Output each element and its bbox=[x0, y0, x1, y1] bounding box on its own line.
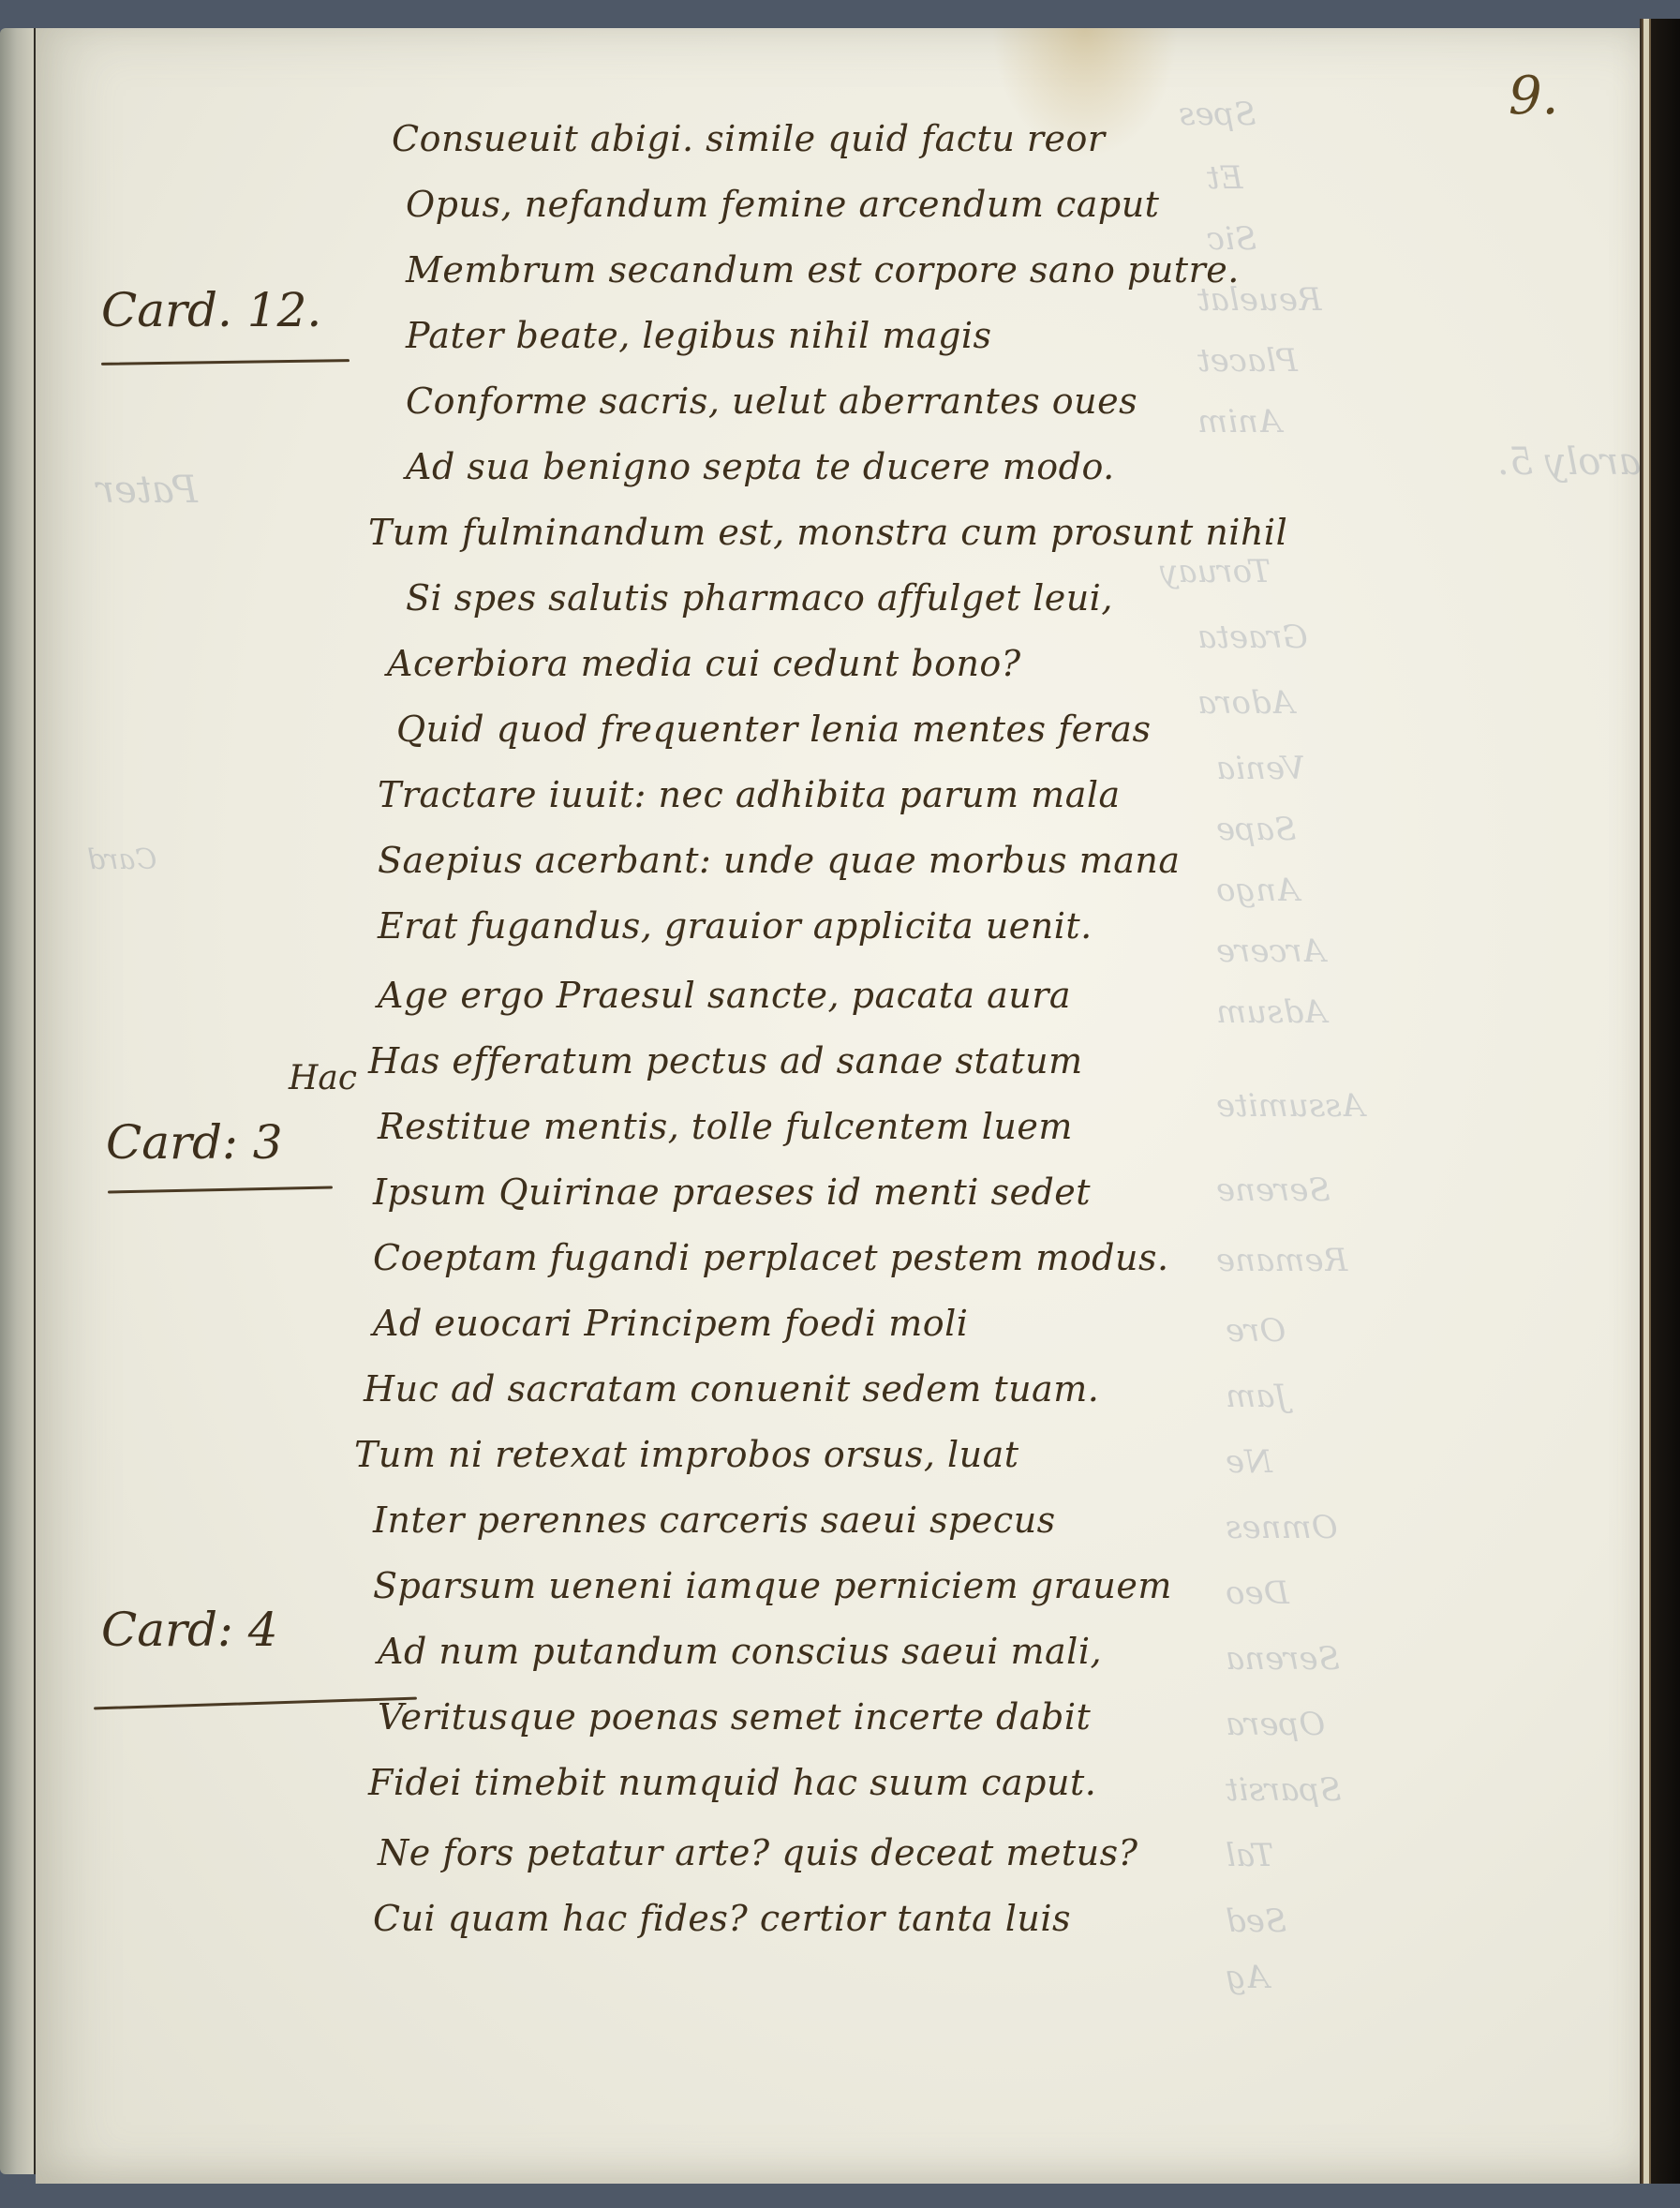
bleed-margin-note: Card bbox=[87, 843, 156, 876]
verse-line: Tum ni retexat improbos orsus, luat bbox=[354, 1434, 1019, 1475]
bleed-word: Spes bbox=[1179, 96, 1256, 133]
verse-line: Ad sua benigno septa te ducere modo. bbox=[406, 446, 1115, 487]
bleed-word: Placet bbox=[1197, 342, 1298, 380]
bleed-word: Sape bbox=[1216, 811, 1296, 848]
bleed-word: Venia bbox=[1216, 750, 1305, 787]
bleed-word: Sparsit bbox=[1226, 1771, 1342, 1809]
verse-line: Ad euocari Principem foedi moli bbox=[373, 1303, 968, 1344]
left-page-edge bbox=[0, 28, 37, 2174]
verse-line: Huc ad sacratam conuenit sedem tuam. bbox=[364, 1368, 1099, 1410]
verse-line: Ne fors petatur arte? quis deceat metus? bbox=[378, 1832, 1138, 1873]
verse-line: Tractare iuuit: nec adhibita parum mala bbox=[378, 774, 1121, 815]
verse-line: Membrum secandum est corpore sano putre. bbox=[406, 249, 1240, 291]
verse-line: Age ergo Praesul sancte, pacata aura bbox=[378, 975, 1071, 1016]
verse-line: Acerbiora media cui cedunt bono? bbox=[387, 643, 1021, 684]
page-stack-edge bbox=[1642, 19, 1651, 2184]
bleed-word: Jam bbox=[1226, 1378, 1287, 1415]
verse-line: Inter perennes carceris saeui specus bbox=[373, 1499, 1056, 1541]
verse-line: Coeptam fugandi perplacet pestem modus. bbox=[373, 1237, 1169, 1278]
bleed-word: Sed bbox=[1226, 1902, 1286, 1940]
verse-line: Pater beate, legibus nihil magis bbox=[406, 315, 992, 356]
bleed-word: Serena bbox=[1226, 1640, 1340, 1678]
bleed-word: Adora bbox=[1197, 684, 1294, 722]
bleed-word: Assumite bbox=[1216, 1087, 1364, 1125]
verse-line: Restitue mentis, tolle fulcentem luem bbox=[378, 1106, 1073, 1147]
underline-rule bbox=[101, 359, 349, 366]
bleed-word: Toruay bbox=[1160, 553, 1271, 590]
underline-rule bbox=[94, 1697, 417, 1710]
verse-line: Opus, nefandum femine arcendum caput bbox=[406, 184, 1159, 225]
bleed-word: Anim bbox=[1197, 403, 1282, 440]
bleed-word: Ore bbox=[1226, 1312, 1286, 1350]
bleed-word: Omnes bbox=[1226, 1509, 1338, 1546]
bleed-word: Ango bbox=[1216, 872, 1300, 909]
margin-note-label: Card: 4 bbox=[101, 1603, 278, 1657]
verse-line: Saepius acerbant: unde quae morbus mana bbox=[378, 840, 1181, 881]
verse-line: Si spes salutis pharmaco affulget leui, bbox=[406, 577, 1113, 619]
book-fore-edge bbox=[1640, 19, 1680, 2184]
verse-line: Consueuit abigi. simile quid factu reor bbox=[392, 118, 1106, 159]
margin-note-label: Card. 12. bbox=[101, 283, 321, 337]
verse-line: Ad num putandum conscius saeui mali, bbox=[378, 1631, 1102, 1672]
verse-line: Conforme sacris, uelut aberrantes oues bbox=[406, 380, 1137, 422]
bleed-word: Serene bbox=[1216, 1171, 1331, 1209]
bleed-word: Ag bbox=[1226, 1959, 1269, 1996]
bleed-word: Et bbox=[1207, 159, 1242, 197]
manuscript-page: Spes Et Sic Reuelat Placet Anim Toruay G… bbox=[36, 28, 1640, 2184]
bleed-word: Opera bbox=[1226, 1706, 1325, 1743]
verse-line: Quid quod frequenter lenia mentes feras bbox=[396, 709, 1151, 750]
underline-rule bbox=[108, 1186, 333, 1193]
bleed-word: Deo bbox=[1226, 1574, 1289, 1612]
margin-note-label: Card: 3 bbox=[106, 1115, 283, 1170]
verse-line: Tum fulminandum est, monstra cum prosunt… bbox=[368, 512, 1287, 553]
verse-line: Sparsum ueneni iamque perniciem grauem bbox=[373, 1565, 1172, 1606]
verse-line: Cui quam hac fides? certior tanta luis bbox=[373, 1898, 1071, 1939]
bleed-margin-note: Pater bbox=[97, 469, 198, 512]
verse-line: Fidei timebit numquid hac suum caput. bbox=[368, 1762, 1096, 1803]
page-number: 9. bbox=[1509, 66, 1558, 127]
verse-line: Veritusque poenas semet incerte dabit bbox=[378, 1696, 1091, 1738]
bleed-word: Adsum bbox=[1216, 993, 1327, 1031]
bleed-word: Graeta bbox=[1197, 619, 1308, 656]
bleed-word: Tal bbox=[1226, 1837, 1273, 1874]
verse-line: Has efferatum pectus ad sanae statum bbox=[368, 1040, 1083, 1082]
verse-line: Ipsum Quirinae praeses id menti sedet bbox=[373, 1171, 1091, 1213]
inserted-word: Hac bbox=[289, 1059, 357, 1097]
bleed-word: Arcere bbox=[1216, 932, 1325, 970]
bleed-word: Ne bbox=[1226, 1443, 1272, 1481]
verse-line: Erat fugandus, grauior applicita uenit. bbox=[378, 905, 1093, 947]
bleed-word: Remane bbox=[1216, 1242, 1347, 1279]
